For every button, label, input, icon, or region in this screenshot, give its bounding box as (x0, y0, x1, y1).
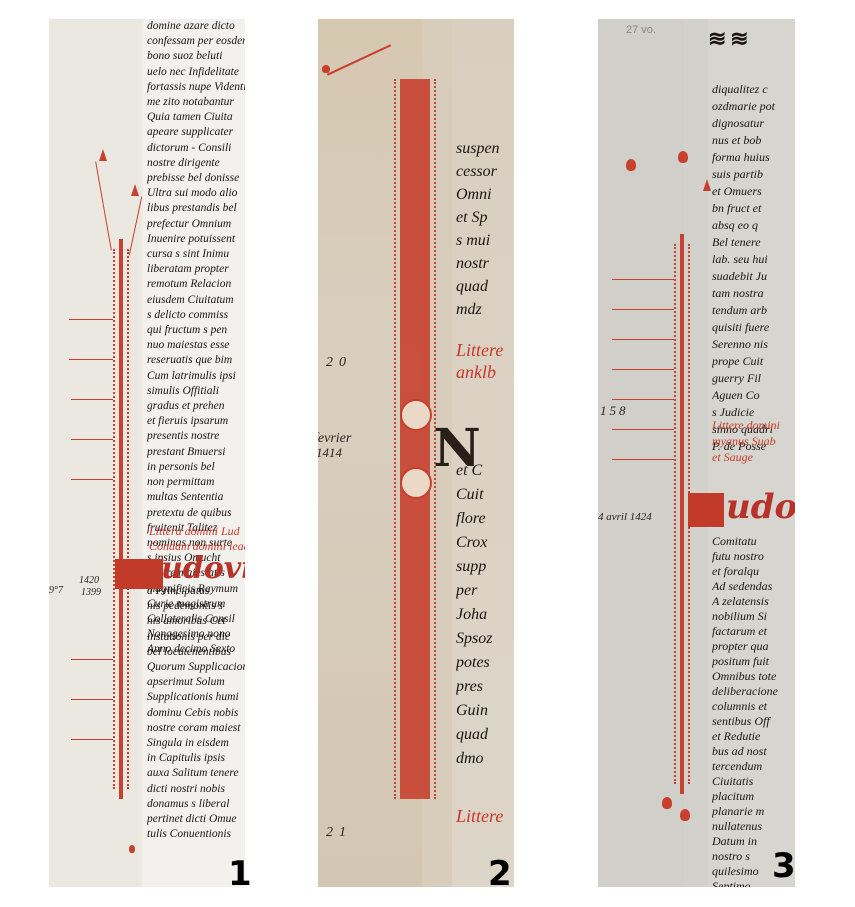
text-line: remotum Relacion (147, 277, 245, 292)
text-line: fortassis nupe Videnti (147, 80, 245, 95)
text-line: pretextu de quibus (147, 506, 245, 521)
text-line: apeare supplicater (147, 125, 245, 140)
decorated-initial-N: N (428, 419, 486, 479)
roundel-ornament (400, 467, 432, 499)
pen-flourish (71, 439, 113, 440)
text-line: auxa Salitum tenere (147, 766, 245, 781)
text-line: dictorum - Consili (147, 141, 245, 156)
decorated-initial-L (688, 493, 724, 527)
text-line: eiusdem Ciuitatum (147, 293, 245, 308)
text-column: domine azare dictoconfessam per eosdembo… (143, 19, 245, 887)
text-line: forma huius (712, 149, 795, 166)
initial-stem (680, 234, 684, 794)
flower-ornament-icon (626, 159, 636, 171)
text-line: domine azare dicto (147, 19, 245, 34)
pen-flourish (69, 319, 113, 320)
text-line: cursa s sint Inimu (147, 247, 245, 262)
text-line: Aguen Co (712, 387, 795, 404)
text-line: futu nostro (712, 549, 795, 564)
text-line: gradus et prehen (147, 399, 245, 414)
pen-flourish (69, 359, 113, 360)
stem-border (113, 249, 115, 789)
pen-flourish (71, 739, 113, 740)
margin-note-year: 1414 (318, 445, 342, 461)
text-line: qui fructum s pen (147, 323, 245, 338)
text-line: Comitatu (712, 534, 795, 549)
text-block-bottom: a Principatusnis pedemontis snis amoribu… (147, 584, 245, 842)
text-line: pertinet dicti Omue (147, 812, 245, 827)
text-line: nuo maiestas esse (147, 338, 245, 353)
text-line: per (456, 579, 514, 603)
text-line: et fieruis ipsarum (147, 414, 245, 429)
text-line: suspen (456, 137, 514, 160)
text-line: propter qua (712, 639, 795, 654)
text-line: et foralqu (712, 564, 795, 579)
pen-flourish (612, 369, 674, 370)
text-line: prope Cuit (712, 353, 795, 370)
text-line: dicti nostri nobis (147, 782, 245, 797)
text-line: supp (456, 555, 514, 579)
text-line: ozdmarie pot (712, 98, 795, 115)
text-line: bel locutenentibus (147, 645, 245, 660)
roundel-ornament (400, 399, 432, 431)
text-line: dominu Cebis nobis (147, 706, 245, 721)
text-line: donamus s liberal (147, 797, 245, 812)
text-line: tendum arb (712, 302, 795, 319)
text-line: confessam per eosdem (147, 34, 245, 49)
text-line: nobilium Si (712, 609, 795, 624)
text-line: tercendum (712, 759, 795, 774)
text-line: A zelatensis (712, 594, 795, 609)
pen-flourish (71, 479, 113, 480)
text-line: prebisse bel donisse (147, 171, 245, 186)
text-line: non permittam (147, 475, 245, 490)
text-line: prefectur Omnium (147, 217, 245, 232)
text-line: Ultra sui modo alio (147, 186, 245, 201)
text-line: columnis et (712, 699, 795, 714)
text-block-bottom: Comitatufutu nostroet foralquAd sedendas… (712, 534, 795, 887)
text-line: et Redutie (712, 729, 795, 744)
text-line: deliberacione (712, 684, 795, 699)
text-line: dmo (456, 747, 514, 771)
text-line: uelo nec Infidelitate (147, 65, 245, 80)
text-line: Singula in eisdem (147, 736, 245, 751)
text-line: tam nostra (712, 285, 795, 302)
text-line: mdz (456, 298, 514, 321)
text-line: placitum (712, 789, 795, 804)
text-line: dignosatur (712, 115, 795, 132)
text-line: nis pedemontis s (147, 599, 245, 614)
text-line: tulis Conuentionis (147, 827, 245, 842)
text-line: absq eo q (712, 217, 795, 234)
rubric-line: et Sauge (712, 449, 795, 465)
rubric-line: Littera domini Lud (149, 524, 245, 539)
panel-label-3: 3 (772, 849, 796, 883)
flower-ornament-icon (680, 809, 690, 821)
text-line: apserimut Solum (147, 675, 245, 690)
text-line: nus et bob (712, 132, 795, 149)
text-line: simulis Offitiali (147, 384, 245, 399)
rubric-line: Littere (456, 809, 514, 824)
panel-label-2: 2 (488, 857, 512, 891)
margin-date-prefix: 9°7 (49, 585, 63, 596)
margin-number-21: 21 (326, 825, 352, 841)
margin-date-top: 1420 (79, 575, 99, 586)
text-line: et Sp (456, 206, 514, 229)
text-line: me zito notabantur (147, 95, 245, 110)
text-line: liberatam propter (147, 262, 245, 277)
text-line: guerry Fil (712, 370, 795, 387)
text-line: nis amoribus Cet (147, 614, 245, 629)
text-line: multas Sententia (147, 490, 245, 505)
text-line: planarie m (712, 804, 795, 819)
initial-stem (400, 79, 430, 799)
text-line: Cum latrimulis ipsi (147, 369, 245, 384)
text-line: bus ad nost (712, 744, 795, 759)
pen-flourish (612, 429, 674, 430)
text-line: nostre dirigente (147, 156, 245, 171)
text-line: nostre coram maiest (147, 721, 245, 736)
decorated-initial-L (115, 559, 163, 589)
rubric-block: Littere domini myanus Suab et Sauge (712, 417, 795, 465)
text-line: in personis bel (147, 460, 245, 475)
text-line: Guin (456, 699, 514, 723)
text-line: instutionis per dic (147, 630, 245, 645)
text-line: s mui (456, 229, 514, 252)
text-line: suis partib (712, 166, 795, 183)
arrow-ornament-icon (131, 184, 139, 196)
manuscript-panel-1: domine azare dictoconfessam per eosdembo… (49, 19, 245, 887)
text-line: pres (456, 675, 514, 699)
margin-number-158: 158 (600, 403, 629, 419)
text-line: Joha (456, 603, 514, 627)
rubric-line: myanus Suab (712, 433, 795, 449)
text-line: Omnibus tote (712, 669, 795, 684)
rubric-block: Littere anklb (456, 339, 514, 383)
stem-border (674, 244, 676, 784)
pen-flourish (612, 399, 674, 400)
text-line: positum fuit (712, 654, 795, 669)
text-line: diqualitez c (712, 81, 795, 98)
text-line: prestant Bmuersi (147, 445, 245, 460)
arrow-ornament-icon (703, 179, 711, 191)
flower-ornament-icon (662, 797, 672, 809)
text-line: Supplicationis humi (147, 690, 245, 705)
initial-word: udo (726, 487, 795, 527)
text-line: s delicto commiss (147, 308, 245, 323)
initial-stem (119, 239, 123, 799)
pen-flourish (71, 399, 113, 400)
text-block-top: diqualitez cozdmarie potdignosaturnus et… (712, 81, 795, 455)
text-line: reseruatis que bim (147, 353, 245, 368)
text-block-bottom: et CCuitfloreCroxsuppperJohaSpsozpotespr… (456, 459, 514, 771)
pen-flourish (71, 659, 113, 660)
text-line: Serenno nis (712, 336, 795, 353)
rubric-block: Littera domini Lud Condam domini lead (149, 524, 245, 554)
text-line: Crox (456, 531, 514, 555)
flower-ornament-icon (678, 151, 688, 163)
text-line: flore (456, 507, 514, 531)
text-line: bono suoz beluti (147, 49, 245, 64)
folio-number: 27 vo. (626, 24, 656, 36)
text-line: potes (456, 651, 514, 675)
rubric-line: Littere domini (712, 417, 795, 433)
margin-number-20: 20 (326, 355, 352, 371)
arrow-ornament-icon (99, 149, 107, 161)
pen-flourish (612, 459, 674, 460)
flower-ornament-icon (322, 65, 330, 73)
text-line: quad (456, 275, 514, 298)
cadel-ornament: ≋ ≋ (708, 29, 747, 49)
pen-flourish (612, 309, 674, 310)
margin-date-bottom: 1399 (81, 587, 101, 598)
text-line: bn fruct et (712, 200, 795, 217)
text-line: quad (456, 723, 514, 747)
manuscript-panel-2: suspencessorOmniet Sps muinostrquadmdz L… (318, 19, 514, 887)
rubric-line: anklb (456, 361, 514, 383)
text-line: lab. seu hui (712, 251, 795, 268)
panel-label-1: 1 (228, 857, 252, 891)
text-line: quisiti fuere (712, 319, 795, 336)
pen-flourish (612, 279, 674, 280)
margin-area (598, 19, 684, 887)
initial-word: udovica (161, 551, 245, 586)
rubric-block: Littere (456, 809, 514, 824)
text-line: Ad sedendas (712, 579, 795, 594)
text-line: Spsoz (456, 627, 514, 651)
text-line: suadebit Ju (712, 268, 795, 285)
flower-ornament-icon (129, 845, 135, 853)
text-line: Omni (456, 183, 514, 206)
text-line: Bel tenere (712, 234, 795, 251)
pen-flourish (71, 699, 113, 700)
text-line: nullatenus (712, 819, 795, 834)
rubric-line: Littere (456, 339, 514, 361)
margin-date: 4 avril 1424 (598, 511, 652, 523)
text-line: Ciuitatis (712, 774, 795, 789)
text-line: in Capitulis ipsis (147, 751, 245, 766)
text-block-top: suspencessorOmniet Sps muinostrquadmdz (456, 137, 514, 321)
text-line: factarum et (712, 624, 795, 639)
pen-flourish (612, 339, 674, 340)
text-line: Quorum Supplicaciones (147, 660, 245, 675)
text-line: Inuenire potuissent (147, 232, 245, 247)
stem-border (394, 79, 396, 799)
text-line: cessor (456, 160, 514, 183)
text-line: et Omuers (712, 183, 795, 200)
text-line: sentibus Off (712, 714, 795, 729)
manuscript-panel-3: ≋ ≋ diqualitez cozdmarie potdignosaturnu… (598, 19, 795, 887)
stem-border (127, 249, 129, 789)
text-line: nostr (456, 252, 514, 275)
text-column: ≋ ≋ diqualitez cozdmarie potdignosaturnu… (708, 19, 795, 887)
text-line: presentis nostre (147, 429, 245, 444)
text-line: Quia tamen Ciuita (147, 110, 245, 125)
text-line: Cuit (456, 483, 514, 507)
text-line: libus prestandis bel (147, 201, 245, 216)
